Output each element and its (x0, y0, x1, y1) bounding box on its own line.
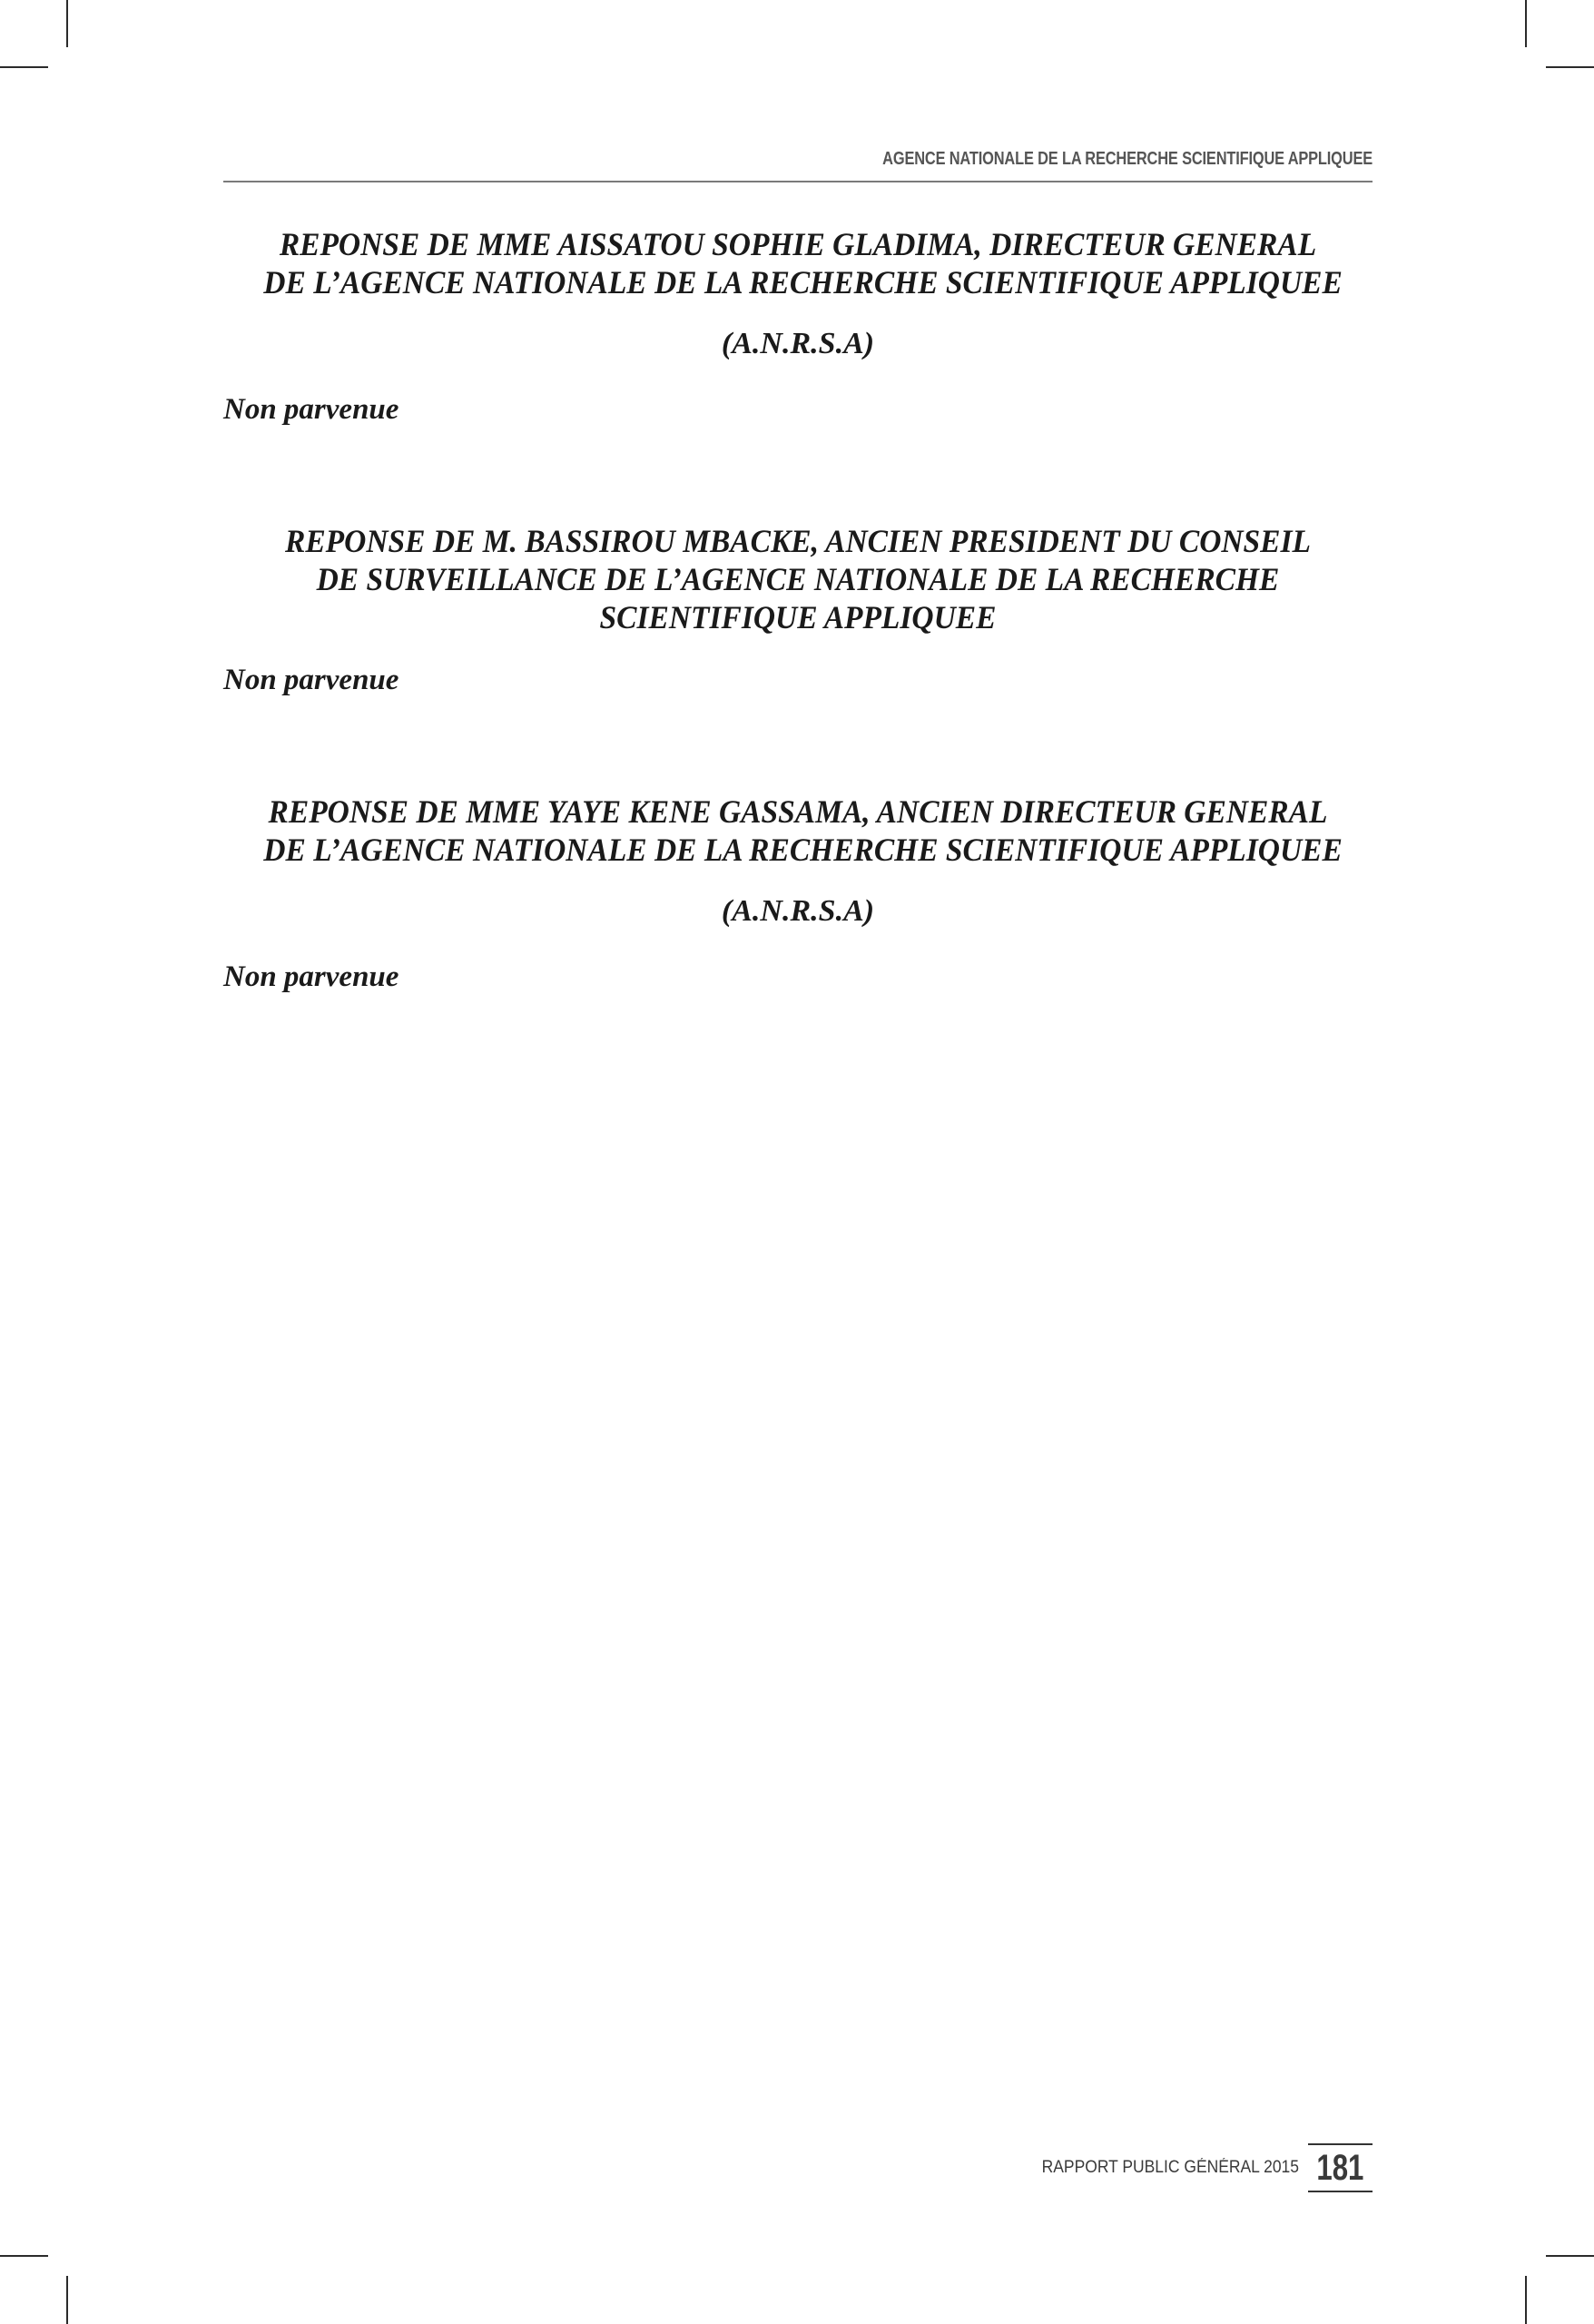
footer-label: RAPPORT PUBLIC GÉNÉRAL 2015 (1042, 2158, 1299, 2178)
section-title-line: REPONSE DE MME AISSATOU SOPHIE GLADIMA, … (263, 225, 1332, 263)
section-status: Non parvenue (223, 393, 1373, 427)
crop-mark (0, 2255, 48, 2257)
crop-mark (0, 66, 48, 68)
crop-mark (1525, 0, 1527, 47)
section-title-line: SCIENTIFIQUE APPLIQUEE (263, 598, 1332, 636)
page-footer: RAPPORT PUBLIC GÉNÉRAL 2015 181 (1019, 2142, 1373, 2193)
response-section-3: REPONSE DE MME YAYE KENE GASSAMA, ANCIEN… (223, 793, 1373, 929)
section-title-line: REPONSE DE M. BASSIROU MBACKE, ANCIEN PR… (263, 522, 1332, 560)
section-title-line: DE L’AGENCE NATIONALE DE LA RECHERCHE SC… (263, 263, 1332, 301)
section-title-line: DE L’AGENCE NATIONALE DE LA RECHERCHE SC… (263, 831, 1332, 869)
page-number: 181 (1317, 2149, 1364, 2187)
crop-mark (66, 2276, 68, 2324)
crop-mark (1546, 2255, 1594, 2257)
header-rule (223, 181, 1373, 182)
crop-mark (1525, 2276, 1527, 2324)
crop-mark (66, 0, 68, 47)
page-number-box: 181 (1308, 2143, 1373, 2192)
crop-mark (1546, 66, 1594, 68)
section-status: Non parvenue (223, 960, 1373, 994)
section-title-line: REPONSE DE MME YAYE KENE GASSAMA, ANCIEN… (263, 793, 1332, 831)
response-section-2: REPONSE DE M. BASSIROU MBACKE, ANCIEN PR… (223, 522, 1373, 636)
section-title-line: DE SURVEILLANCE DE L’AGENCE NATIONALE DE… (263, 560, 1332, 598)
section-status: Non parvenue (223, 664, 1373, 697)
response-section-1: REPONSE DE MME AISSATOU SOPHIE GLADIMA, … (223, 225, 1373, 361)
section-acronym: (A.N.R.S.A) (223, 327, 1373, 361)
running-head: AGENCE NATIONALE DE LA RECHERCHE SCIENTI… (430, 149, 1373, 170)
section-acronym: (A.N.R.S.A) (223, 894, 1373, 929)
